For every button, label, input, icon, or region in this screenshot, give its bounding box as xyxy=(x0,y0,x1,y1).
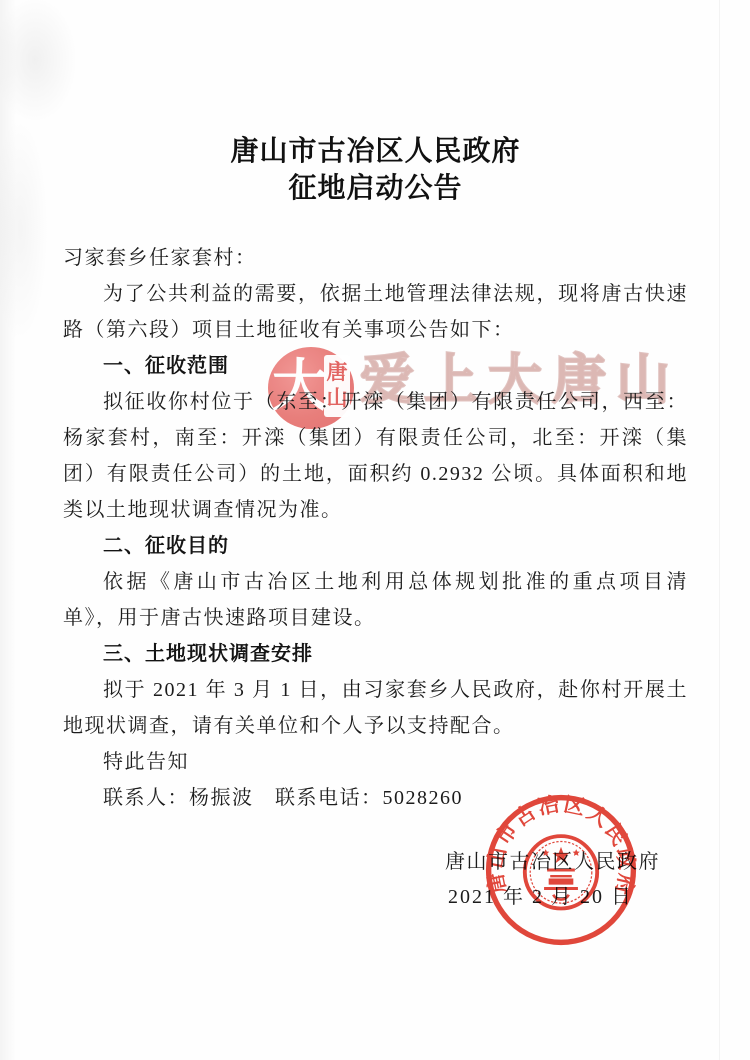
section-2-heading: 二、征收目的 xyxy=(63,528,688,564)
section-2-body: 依据《唐山市古冶区土地利用总体规划批准的重点项目清单》，用于唐古快速路项目建设。 xyxy=(63,564,688,636)
document-title-line2: 征地启动公告 xyxy=(63,170,688,207)
scanned-announcement-page: { "document": { "title": { "line1": "唐山市… xyxy=(0,0,750,1060)
section-3-body: 拟于 2021 年 3 月 1 日，由习家套乡人民政府，赴你村开展土地现状调查，… xyxy=(63,672,688,744)
signature-organization: 唐山市古冶区人民政府 xyxy=(445,848,660,876)
document-page: 大 唐 山 爱上大唐山 唐山市古冶区人民政府 征地启动公告 习家套乡任家套村： … xyxy=(0,0,750,1060)
section-1-heading: 一、征收范围 xyxy=(63,348,688,384)
salutation: 习家套乡任家套村： xyxy=(63,240,688,276)
document-body: 习家套乡任家套村： 为了公共利益的需要，依据土地管理法律法规，现将唐古快速路（第… xyxy=(63,240,688,816)
section-1-body: 拟征收你村位于（东至：开滦（集团）有限责任公司，西至：杨家套村，南至：开滦（集团… xyxy=(63,384,688,528)
document-content: 唐山市古冶区人民政府 征地启动公告 习家套乡任家套村： 为了公共利益的需要，依据… xyxy=(0,0,750,816)
signature-date: 2021 年 2 月 20 日 xyxy=(448,883,633,911)
closing-line: 特此告知 xyxy=(63,744,688,780)
contact-line: 联系人：杨振波 联系电话：5028260 xyxy=(63,780,688,816)
section-3-heading: 三、土地现状调查安排 xyxy=(63,636,688,672)
intro-paragraph: 为了公共利益的需要，依据土地管理法律法规，现将唐古快速路（第六段）项目土地征收有… xyxy=(63,276,688,348)
document-title-line1: 唐山市古冶区人民政府 xyxy=(63,133,688,170)
